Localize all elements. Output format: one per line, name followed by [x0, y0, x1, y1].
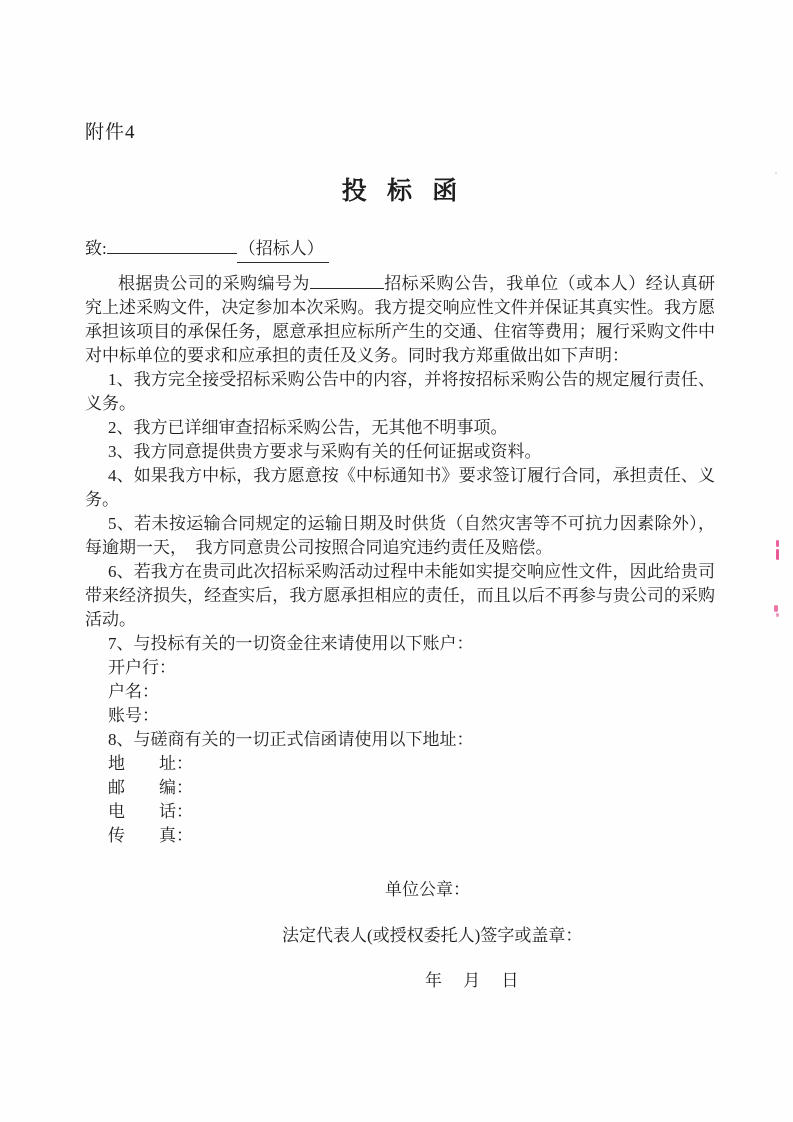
field-bank-name: 开户行： — [85, 656, 715, 680]
declaration-item-4: 4、如果我方中标，我方愿意按《中标通知书》要求签订履行合同，承担责任、义务。 — [85, 464, 715, 512]
recipient-blank-line — [107, 234, 237, 254]
field-fax: 传 真： — [85, 824, 715, 848]
company-seal-label: 单位公章： — [385, 878, 715, 902]
legal-representative-signature-label: 法定代表人(或授权委托人)签字或盖章： — [282, 924, 715, 948]
salutation-line: 致:（招标人） — [85, 234, 715, 263]
account-section-heading: 7、与投标有关的一切资金往来请使用以下账户： — [85, 632, 715, 656]
intro-text-before-blank: 根据贵公司的采购编号为 — [118, 274, 310, 293]
date-line: 年 月 日 — [425, 969, 715, 993]
scan-artifact-speck — [775, 172, 777, 174]
intro-paragraph: 根据贵公司的采购编号为招标采购公告，我单位（或本人）经认真研究上述采购文件，决定… — [85, 269, 715, 368]
attachment-label: 附件4 — [85, 121, 715, 145]
declaration-item-5: 5、若未按运输合同规定的运输日期及时供货（自然灾害等不可抗力因素除外），每逾期一… — [85, 512, 715, 560]
declaration-item-3: 3、我方同意提供贵方要求与采购有关的任何证据或资料。 — [85, 440, 715, 464]
document-title: 投 标 函 — [85, 177, 715, 207]
field-postal-code: 邮 编： — [85, 776, 715, 800]
scanned-page: 附件4 投 标 函 致:（招标人） 根据贵公司的采购编号为招标采购公告，我单位（… — [0, 0, 793, 1122]
recipient-hint: （招标人） — [237, 237, 329, 263]
declaration-item-6: 6、若我方在贵司此次招标采购活动过程中未能如实提交响应性文件，因此给贵司带来经济… — [85, 560, 715, 632]
salutation-prefix: 致: — [85, 239, 107, 258]
declaration-item-1: 1、我方完全接受招标采购公告中的内容，并将按招标采购公告的规定履行责任、义务。 — [85, 368, 715, 416]
field-telephone: 电 话： — [85, 800, 715, 824]
scan-artifact-pink-mark — [776, 549, 779, 560]
scan-artifact-pink-mark — [776, 540, 779, 547]
scan-artifact-pink-mark — [776, 613, 779, 617]
field-account-number: 账号： — [85, 704, 715, 728]
address-section-heading: 8、与磋商有关的一切正式信函请使用以下地址： — [85, 728, 715, 752]
procurement-number-blank-line — [310, 269, 384, 289]
scan-artifact-pink-mark — [774, 605, 778, 612]
declaration-item-2: 2、我方已详细审查招标采购公告，无其他不明事项。 — [85, 416, 715, 440]
field-account-holder: 户名： — [85, 680, 715, 704]
document-body: 附件4 投 标 函 致:（招标人） 根据贵公司的采购编号为招标采购公告，我单位（… — [85, 0, 715, 993]
field-address: 地 址： — [85, 752, 715, 776]
